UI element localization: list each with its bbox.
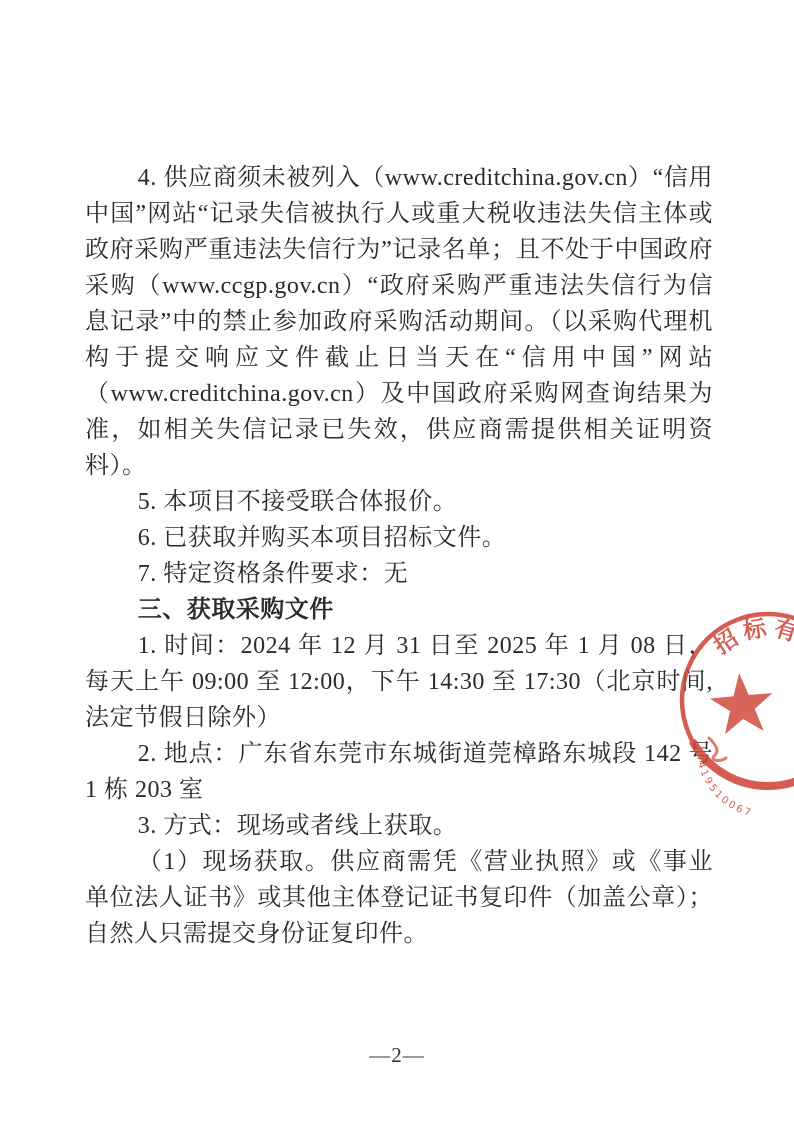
page-number: —2— — [0, 1043, 794, 1068]
star-icon — [710, 673, 773, 734]
svg-text:招标有: 招标有 — [709, 615, 794, 659]
item-2-location: 2. 地点：广东省东莞市东城街道莞樟路东城段 142 号 1 栋 203 室 — [85, 736, 713, 808]
item-1-time: 1. 时间：2024 年 12 月 31 日至 2025 年 1 月 08 日，… — [85, 628, 713, 736]
clause-5-no-consortium: 5. 本项目不接受联合体报价。 — [85, 484, 713, 520]
item-3-method: 3. 方式：现场或者线上获取。 — [85, 808, 713, 844]
clause-4-supplier-credit: 4. 供应商须未被列入（www.creditchina.gov.cn）“信用中国… — [85, 160, 713, 484]
official-seal-stamp: 招标有 4419510067 — [660, 575, 794, 825]
clause-7-special-qualification: 7. 特定资格条件要求：无 — [85, 556, 713, 592]
clause-6-obtained-documents: 6. 已获取并购买本项目招标文件。 — [85, 520, 713, 556]
seal-ink-mark — [709, 738, 726, 760]
document-body: 4. 供应商须未被列入（www.creditchina.gov.cn）“信用中国… — [85, 160, 713, 952]
seal-company-text: 招标有 — [709, 615, 794, 659]
section-3-heading-obtain-documents: 三、获取采购文件 — [85, 592, 713, 628]
item-3-1-onsite-obtain: （1）现场获取。供应商需凭《营业执照》或《事业单位法人证书》或其他主体登记证书复… — [85, 844, 713, 952]
document-page: 4. 供应商须未被列入（www.creditchina.gov.cn）“信用中国… — [0, 0, 794, 1123]
